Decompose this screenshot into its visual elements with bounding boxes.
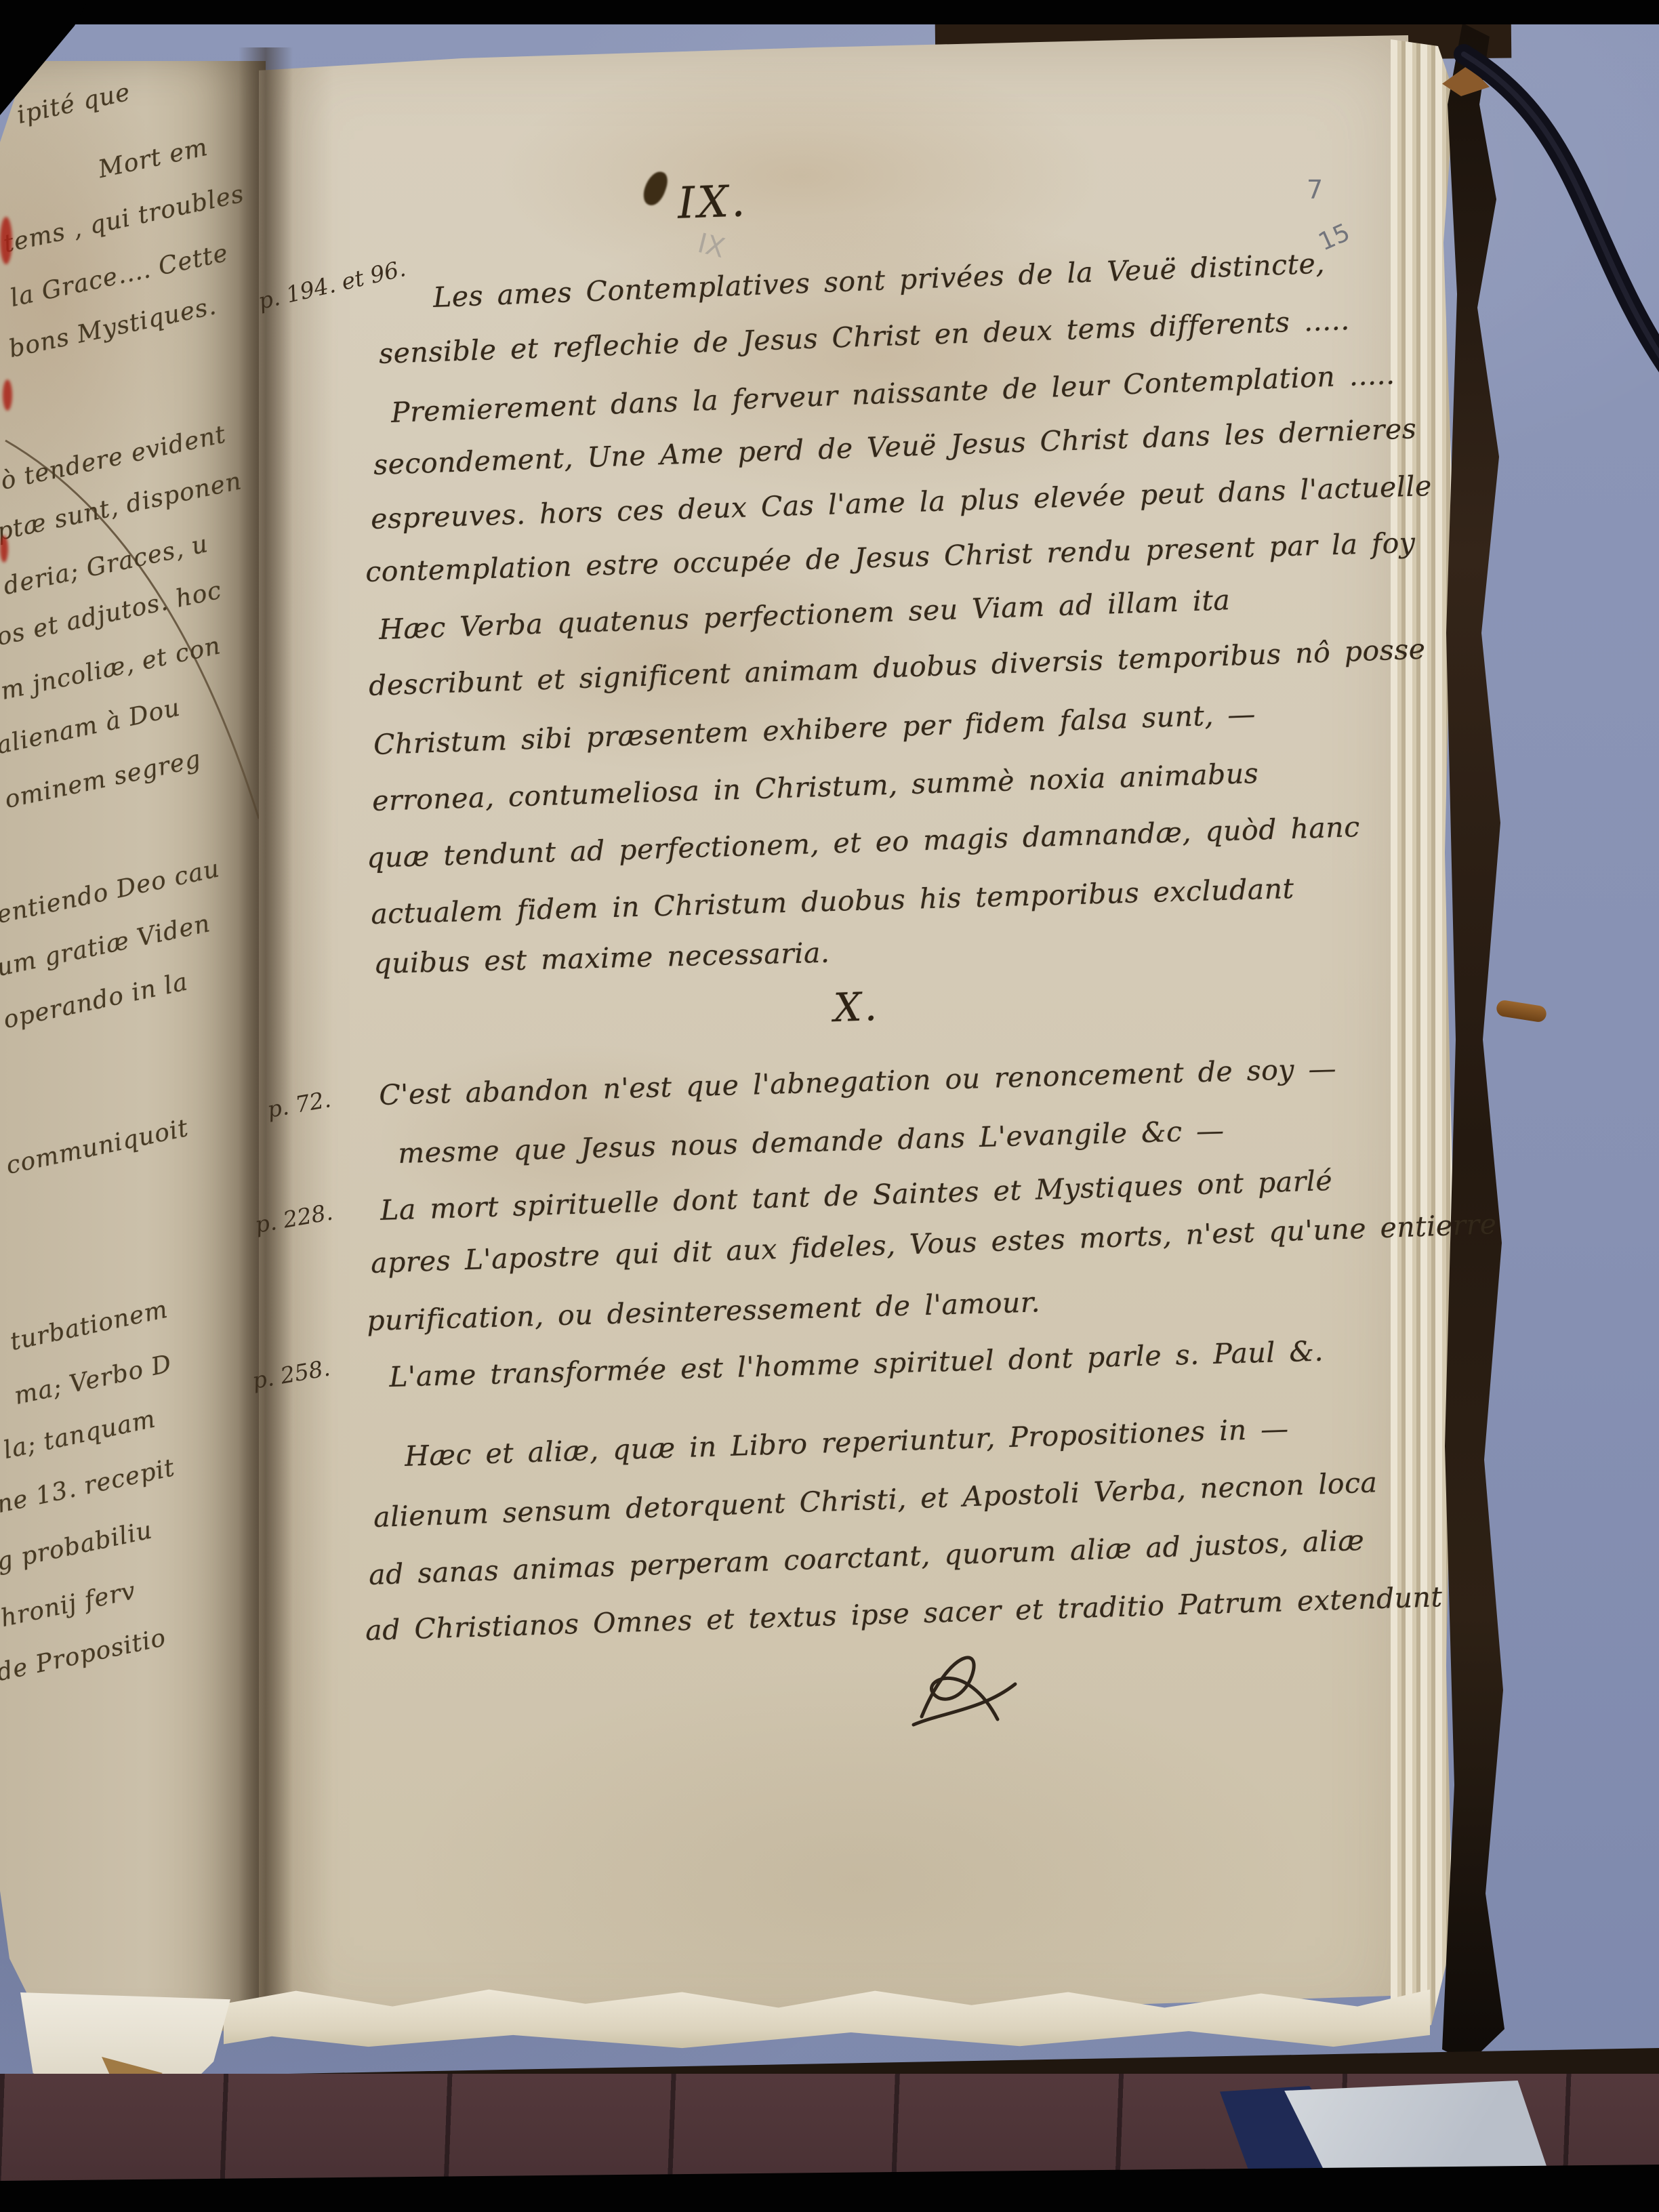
paraph-flourish [901,1637,1037,1738]
left-page-text-fragment: turbationem [7,1296,170,1356]
left-page-text-fragment: g probabiliu [0,1516,155,1576]
section-heading-ix: IX. [677,176,749,229]
left-page-text-fragment: de Propositio [0,1624,169,1687]
pencil-page-number: 7 [1307,175,1323,205]
left-page-text-fragment: operando in la [1,968,190,1034]
left-page-text-fragment: ne 13. recepit [0,1454,178,1519]
black-cable [1410,7,1659,400]
red-edge-speck [0,217,12,264]
left-page: ipité que Mort em tems , qui troubles la… [0,61,266,2033]
left-page-text-fragment: hronij ferv [0,1577,138,1633]
section-heading-x: X. [833,983,880,1031]
left-page-text-fragment: communiquoit [3,1114,190,1180]
red-edge-speck [0,535,8,562]
left-page-text-fragment: ma; Verbo D [12,1350,174,1410]
red-edge-speck [3,380,12,411]
left-page-text-fragment: la; tanquam [1,1405,158,1465]
gutter-shadow [239,47,293,2026]
photo-border-top [0,0,1659,24]
